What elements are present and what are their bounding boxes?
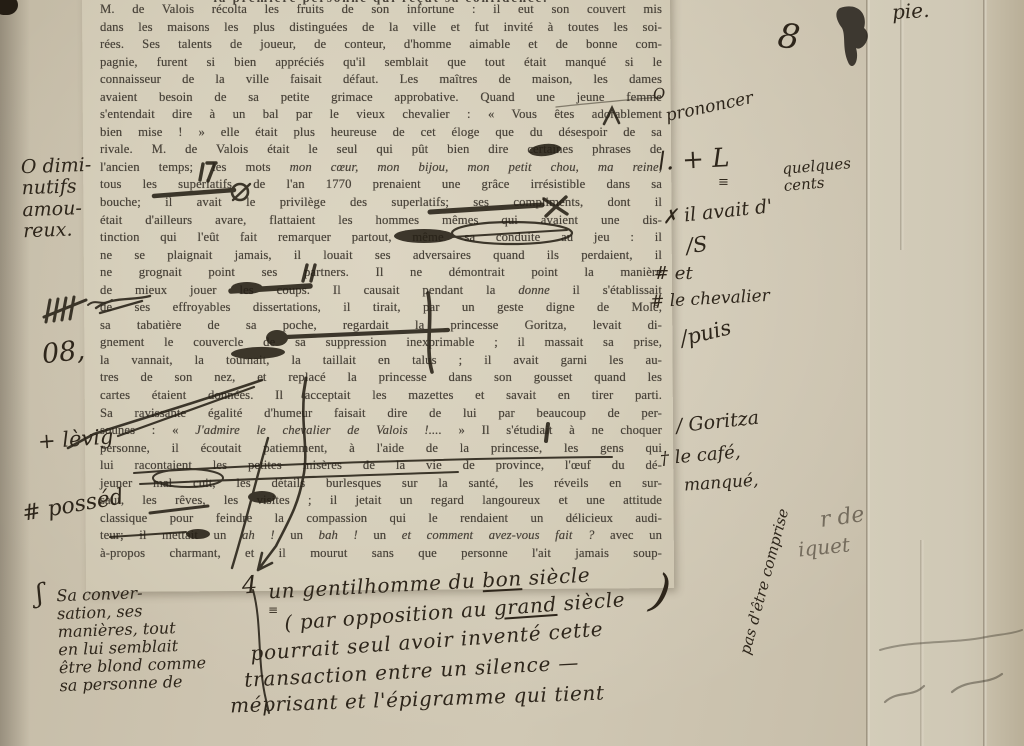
paper-fold-edge <box>920 540 924 746</box>
print-line: de ses effroyables dissertations, il tir… <box>100 300 662 318</box>
paper-fold-edge <box>900 0 904 250</box>
print-line: lui racontaient les petites misères de l… <box>100 458 662 476</box>
proof-mark-ticks: ≡ <box>718 176 729 191</box>
margin-note-08: 08, <box>41 336 87 371</box>
print-line: de mieux jouer les coups. Il causait pen… <box>100 283 662 301</box>
proof-mark-ticks-2: ≡ <box>268 604 278 617</box>
printed-text-block: M. de Valois récolta les fruits de son i… <box>100 2 662 564</box>
print-line: rivale. M. de Valois était le seul qui p… <box>100 142 662 160</box>
print-line: ne se plaignait jamais, il louait ses ad… <box>100 248 662 266</box>
print-line: rées. Ses talents de joueur, de conteur,… <box>100 37 662 55</box>
print-line: saut, les rêves, les visites ; il jetait… <box>100 493 662 511</box>
paper-fold-edge <box>983 0 987 746</box>
print-line: sounes : « J'admire le chevalier de Valo… <box>100 423 662 441</box>
print-line: Sa ravissante égalité d'humeur faisait d… <box>100 406 662 424</box>
print-line: la vannait, la tournait, la taillait en … <box>100 353 662 371</box>
print-line: tinction qui l'eût fait remarquer partou… <box>100 230 662 248</box>
print-line: teur; il mettait un ah ! un bah ! un et … <box>100 528 662 546</box>
print-line: s'entendait dire à un bal par le vieux c… <box>100 107 662 125</box>
underlying-sheet-far-right <box>984 0 1024 746</box>
print-line: pagnie, furent si bien appréciés qu'il s… <box>100 55 662 73</box>
margin-note-et: # et <box>654 264 693 284</box>
print-line: classique pour feindre la compassion qui… <box>100 511 662 529</box>
proof-mark-circle: O <box>652 86 665 104</box>
margin-note-diminutifs: O dimi- nutifs amou- reux. <box>21 155 94 242</box>
fragment-pie: pie. <box>891 0 930 24</box>
print-line: tres de son nez, et replacé la princesse… <box>100 370 662 388</box>
bottom-left-note: Sa conver- sation, ses manières, tout en… <box>56 581 245 695</box>
print-line: cartes étaient données. Il acceptait les… <box>100 388 662 406</box>
print-line: tous les superlatifs de l'an 1770 prenai… <box>100 177 662 195</box>
proof-marks-plus-l: ǀ. + L <box>657 144 730 177</box>
fragment-quelques-cents: quelques cents <box>782 155 853 194</box>
print-line: ne grognait point ses partners. Il ne dé… <box>100 265 662 283</box>
fragment-iquet: iquet <box>797 533 851 561</box>
print-line: connaisseur de la ville faisait défaut. … <box>100 72 662 90</box>
print-line: gnement le couvercle de sa suppression i… <box>100 335 662 353</box>
print-line: bien mise ! » elle était plus heureuse d… <box>100 125 662 143</box>
print-line: à-propos charmant, et il mourut sans que… <box>100 546 662 564</box>
print-line: personne, il écoutait patiemment, à l'ai… <box>100 441 662 459</box>
print-line: jeuner mal cuit, les détails burlesques … <box>100 476 662 494</box>
print-line: M. de Valois récolta les fruits de son i… <box>100 2 662 20</box>
print-line: était d'ailleurs avare, flattaient les h… <box>100 213 662 231</box>
proof-mark-4: 4 <box>241 571 258 599</box>
left-edge-shadow <box>0 0 30 746</box>
print-line: bouche; il avait le privilège des superl… <box>100 195 662 213</box>
print-line: dans les maisons les plus distinguées de… <box>100 20 662 38</box>
print-line: sa tabatière de sa poche, regardait la p… <box>100 318 662 336</box>
paper-fold-edge <box>866 0 870 746</box>
print-line: l'ancien temps; les mots mon cœur, mon b… <box>100 160 662 178</box>
margin-note-s: /S <box>684 233 709 259</box>
print-line: avaient besoin de sa petite grimace appr… <box>100 90 662 108</box>
photographed-proof-page: { "photo": { "description": "annotated p… <box>0 0 1024 746</box>
